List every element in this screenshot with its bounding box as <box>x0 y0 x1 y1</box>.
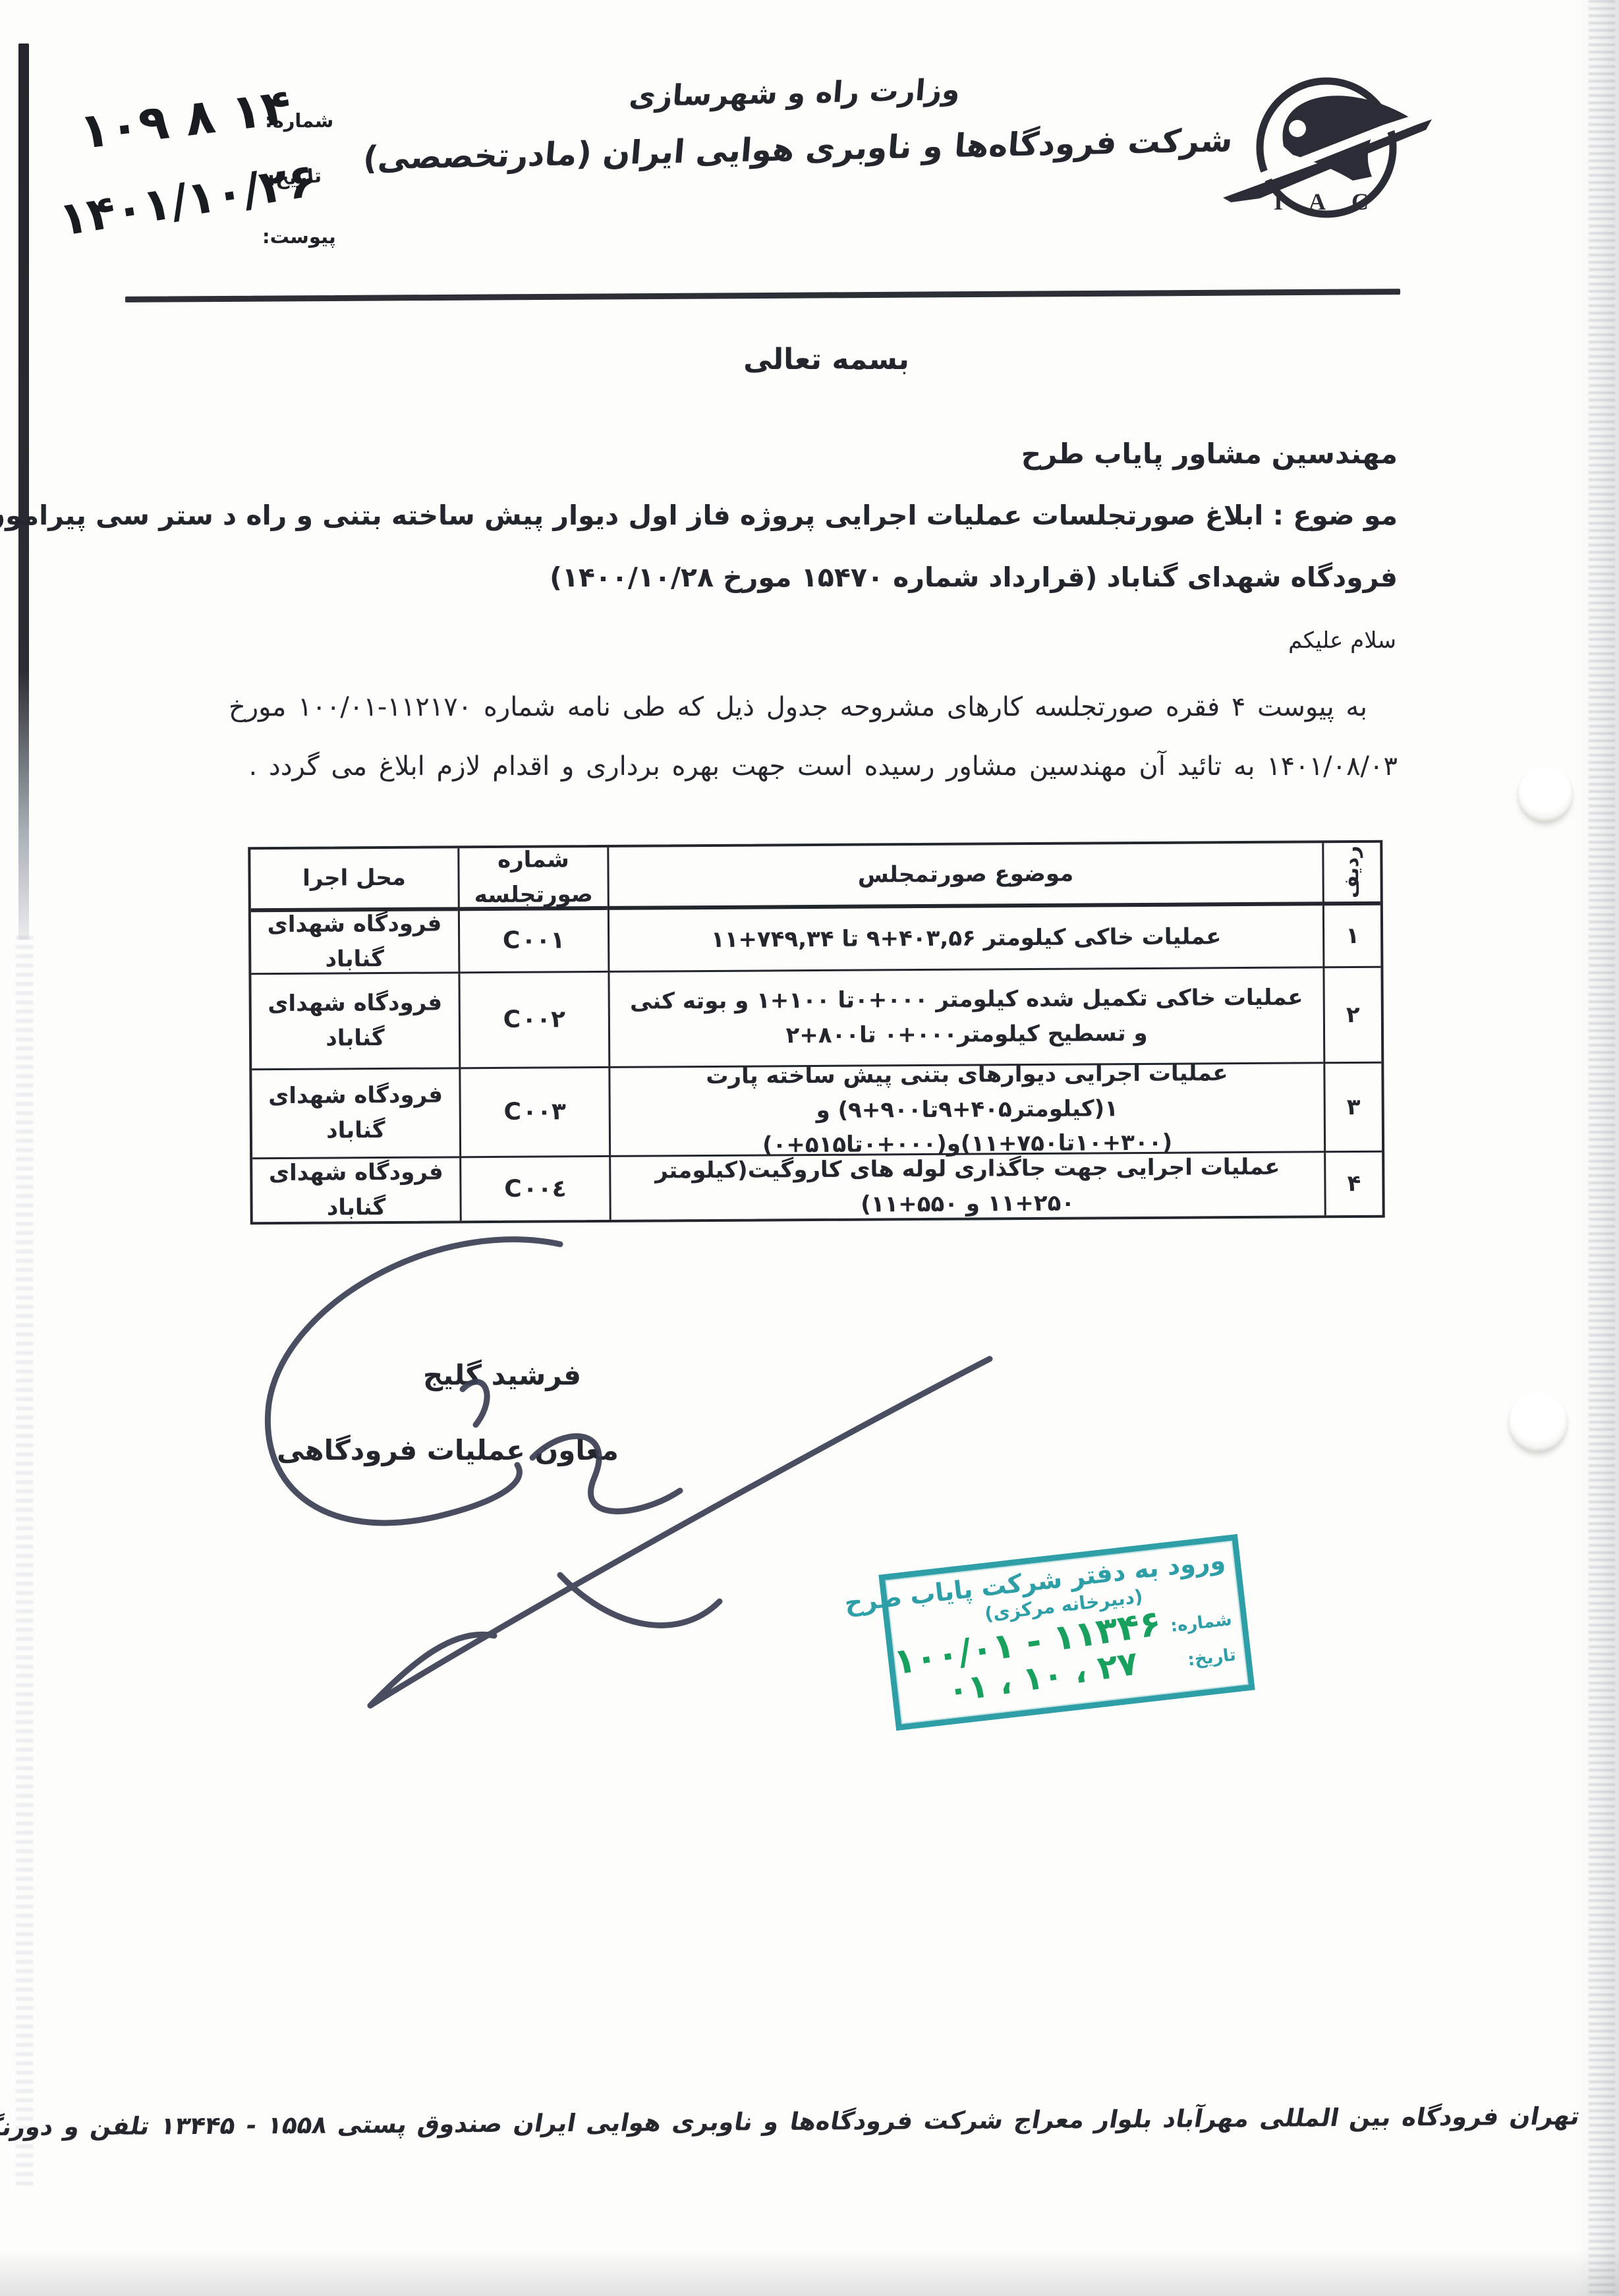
salutation: سلام علیکم <box>1288 627 1396 654</box>
table-row-2-location: فرودگاه شهدای گناباد <box>251 973 459 1070</box>
recipient-name: مهندسین مشاور پایاب طرح <box>1021 438 1398 470</box>
table-header-location: محل اجرا <box>250 848 458 912</box>
table-header-row-number: ردیف <box>1322 843 1380 906</box>
table-row-2-number: C۰۰۲ <box>458 973 608 1069</box>
body-line-2: ۱۴۰۱/۰۸/۰۳ به تائید آن مهندسین مشاور رسی… <box>248 751 1398 782</box>
table-row-3-subject: عملیات اجرایی دیوارهای بتنی پیش ساخته پا… <box>608 1064 1324 1157</box>
signature-flourish-2 <box>532 1436 680 1511</box>
signature-flourish-1 <box>463 1382 487 1425</box>
footer-address: تهران فرودگاه بین المللی مهرآباد بلوار م… <box>0 2102 1582 2144</box>
subject-line-1: مو ضوع : ابلاغ صورتجلسات عملیات اجرایی پ… <box>0 500 1398 531</box>
header-divider-rule <box>125 289 1400 302</box>
table-row-2-index: ۲ <box>1322 968 1381 1064</box>
table-row-3-index: ۳ <box>1323 1064 1382 1153</box>
meeting-minutes-table: ردیف موضوع صورتمجلس شماره صورتجلسه محل ا… <box>248 840 1384 1225</box>
stamp-date-label: تاریخ: <box>1187 1645 1237 1670</box>
table-row-3-number: C۰۰۳ <box>459 1068 609 1158</box>
table-row-4-index: ۴ <box>1324 1153 1382 1216</box>
logo-letters: I A C <box>1274 188 1379 215</box>
iac-logo: I A C <box>1219 55 1436 240</box>
table-header-minutes-number: شماره صورتجلسه <box>457 847 608 911</box>
right-scan-noise <box>1589 0 1615 2296</box>
handwritten-letter-number: ۱۴ ۸ ۱۰۹ <box>76 78 295 161</box>
stamp-number-label: شماره: <box>1170 1609 1233 1636</box>
body-line-1: به پیوست ۴ فقره صورتجلسه کارهای مشروحه ج… <box>229 692 1367 722</box>
subject-line-2: فرودگاه شهدای گناباد (قرارداد شماره ۱۵۴۷… <box>550 561 1398 593</box>
bottom-scan-shadow <box>0 2250 1619 2296</box>
punch-hole-bottom <box>1508 1392 1568 1452</box>
table-row-3-location: فرودگاه شهدای گناباد <box>252 1069 459 1159</box>
table-row-1-number: C۰۰۱ <box>458 910 608 973</box>
iac-logo-graphic: I A C <box>1219 55 1436 240</box>
company-title: شرکت فرودگاه‌ها و ناوبری هوایی ایران (ما… <box>319 121 1277 178</box>
left-scan-edge-bar <box>18 43 29 940</box>
table-header-subject: موضوع صورتمجلس <box>607 843 1322 910</box>
table-header-row-number-label: ردیف <box>1337 846 1368 899</box>
attachment-field-label: پیوست: <box>262 225 336 248</box>
footer: تهران فرودگاه بین المللی مهرآباد بلوار م… <box>53 2104 1579 2138</box>
punch-hole-top <box>1517 766 1574 822</box>
table-row-1-index: ۱ <box>1322 905 1381 969</box>
table-row-2-subject: عملیات خاکی تکمیل شده کیلومتر ۰۰۰+۰تا ۱۰… <box>608 968 1323 1068</box>
logo-wing-notch <box>1289 120 1306 137</box>
table-row-1-location: فرودگاه شهدای گناباد <box>251 911 459 975</box>
signature-loop <box>268 1240 560 1523</box>
ministry-title: وزارت راه و شهرسازی <box>464 69 1125 117</box>
scanned-letter-page: شماره: تاریخ: پیوست: ۱۴ ۸ ۱۰۹ ۱۴۰۱/۱۰/۲۶… <box>0 0 1619 2296</box>
basmala: بسمه تعالی <box>688 343 965 376</box>
table-row-1-subject: عملیات خاکی کیلومتر ۴۰۳,۵۶+۹ تا ۷۴۹,۳۴+۱… <box>608 905 1323 973</box>
left-scan-speckle <box>16 936 33 2188</box>
